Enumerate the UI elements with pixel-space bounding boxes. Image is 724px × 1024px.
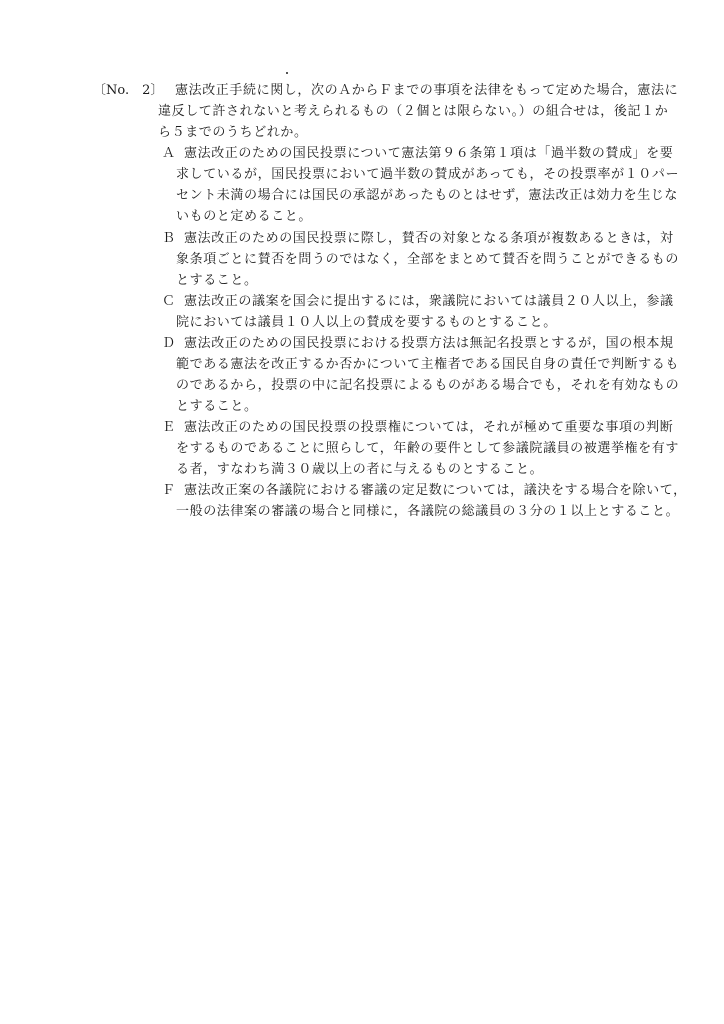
item-text-line: いものと定めること。: [176, 209, 312, 225]
item-text-line: 憲法改正のための国民投票について憲法第９６条第１項は「過半数の賛成」を要: [184, 146, 673, 162]
item-text-line: のであるから，投票の中に記名投票によるものがある場合でも，それを有効なもの: [176, 378, 679, 394]
question-stem-line: 違反して許されないと考えられるもの（２個とは限らない。）の組合せは，後記１か: [158, 104, 668, 120]
item-label: Ｂ: [162, 231, 176, 247]
item-label: Ｄ: [162, 336, 176, 352]
item-text-line: 憲法改正のための国民投票に際し，賛否の対象となる条項が複数あるときは，対: [184, 231, 674, 247]
item-text-line: とすること。: [176, 399, 258, 415]
question-number: 〔No. 2〕: [93, 83, 163, 99]
item-text-line: 範である憲法を改正するか否かについて主権者である国民自身の責任で判断するも: [176, 357, 679, 373]
item-label: Ａ: [162, 146, 176, 162]
item-label: Ｅ: [162, 420, 176, 436]
item-text-line: 院においては議員１０人以上の賛成を要するものとすること。: [176, 315, 557, 331]
scan-mark: [286, 72, 288, 74]
question-stem-line: 憲法改正手続に関し，次のＡからＦまでの事項を法律をもって定めた場合，憲法に: [175, 83, 678, 99]
question-stem-line: ら５までのうちどれか。: [158, 125, 308, 141]
item-text-line: セント未満の場合には国民の承認があったものとはせず，憲法改正は効力を生じな: [176, 188, 678, 204]
item-label: Ｆ: [162, 483, 176, 499]
item-text-line: とすること。: [176, 273, 258, 289]
item-text-line: 一般の法律案の審議の場合と同様に，各議院の総議員の３分の１以上とすること。: [176, 504, 679, 520]
item-text-line: 象条項ごとに賛否を問うのではなく，全部をまとめて賛否を問うことができるもの: [176, 252, 679, 268]
item-text-line: 憲法改正のための国民投票における投票方法は無記名投票とするが，国の根本規: [184, 336, 674, 352]
exam-page: 〔No. 2〕 憲法改正手続に関し，次のＡからＦまでの事項を法律をもって定めた場…: [0, 0, 724, 1024]
item-text-line: る者，すなわち満３０歳以上の者に与えるものとすること。: [176, 462, 543, 478]
item-text-line: 憲法改正のための国民投票の投票権については，それが極めて重要な事項の判断: [184, 420, 673, 436]
item-text-line: 憲法改正の議案を国会に提出するには，衆議院においては議員２０人以上，参議: [184, 294, 674, 310]
item-text-line: 憲法改正案の各議院における審議の定足数については，議決をする場合を除いて，: [184, 483, 687, 499]
item-label: Ｃ: [162, 294, 176, 310]
item-text-line: をするものであることに照らして，年齢の要件として参議院議員の被選挙権を有す: [176, 441, 679, 457]
item-text-line: 求しているが，国民投票において過半数の賛成があっても，その投票率が１０パー: [176, 167, 679, 183]
